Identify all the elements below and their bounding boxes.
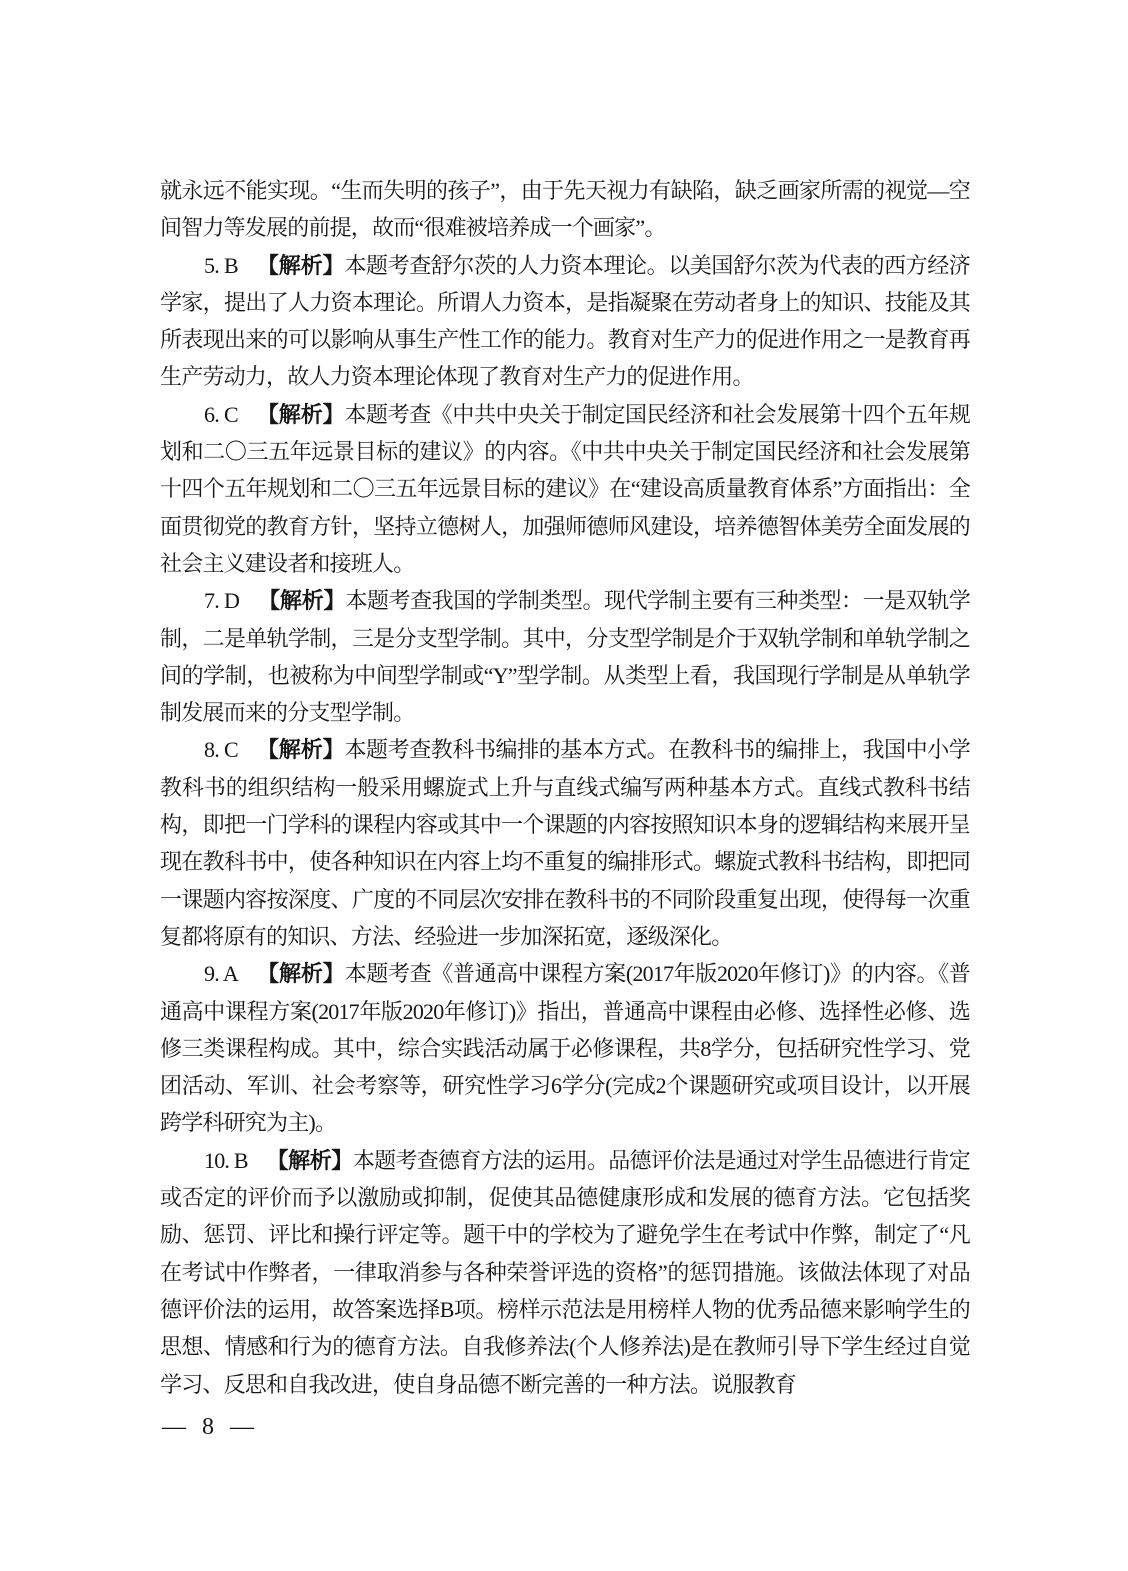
explanation-paragraph: 5. B【解析】本题考查舒尔茨的人力资本理论。以美国舒尔茨为代表的西方经济学家，… [160,247,970,396]
question-number-and-answer: 10. B [204,1148,248,1173]
explanation-paragraph: 就永远不能实现。“生而失明的孩子”，由于先天视力有缺陷，缺乏画家所需的视觉—空间… [160,172,970,247]
answer-explanations-section: 就永远不能实现。“生而失明的孩子”，由于先天视力有缺陷，缺乏画家所需的视觉—空间… [160,172,970,1403]
question-number-and-answer: 9. A [204,961,238,986]
explanation-text: 本题考查《普通高中课程方案(2017年版2020年修订)》的内容。《普通高中课程… [160,961,970,1135]
analysis-label: 【解析】 [257,961,345,986]
explanation-text: 本题考查《中共中央关于制定国民经济和社会发展第十四个五年规划和二〇三五年远景目标… [160,402,970,576]
page-number: — 8 — [162,1414,255,1440]
page-footer: — 8 — [162,1414,255,1441]
explanation-paragraph: 9. A【解析】本题考查《普通高中课程方案(2017年版2020年修订)》的内容… [160,955,970,1141]
explanation-paragraph: 6. C【解析】本题考查《中共中央关于制定国民经济和社会发展第十四个五年规划和二… [160,396,970,582]
analysis-label: 【解析】 [266,1148,352,1173]
question-number-and-answer: 8. C [204,737,238,762]
explanation-paragraph: 7. D【解析】本题考查我国的学制类型。现代学制主要有三种类型：一是双轨学制，二… [160,582,970,731]
question-number-and-answer: 7. D [204,588,239,613]
analysis-label: 【解析】 [257,737,345,762]
question-number-and-answer: 5. B [204,253,238,278]
explanation-text: 本题考查教科书编排的基本方式。在教科书的编排上，我国中小学教科书的组织结构一般采… [160,737,970,948]
analysis-label: 【解析】 [257,402,345,427]
analysis-label: 【解析】 [258,588,346,613]
explanation-paragraph: 8. C【解析】本题考查教科书编排的基本方式。在教科书的编排上，我国中小学教科书… [160,731,970,955]
explanation-text: 就永远不能实现。“生而失明的孩子”，由于先天视力有缺陷，缺乏画家所需的视觉—空间… [160,178,970,240]
document-page: 就永远不能实现。“生而失明的孩子”，由于先天视力有缺陷，缺乏画家所需的视觉—空间… [0,0,1128,1571]
explanation-text: 本题考查德育方法的运用。品德评价法是通过对学生品德进行肯定或否定的评价而予以激励… [160,1148,970,1397]
explanation-paragraph: 10. B【解析】本题考查德育方法的运用。品德评价法是通过对学生品德进行肯定或否… [160,1142,970,1403]
analysis-label: 【解析】 [257,253,345,278]
question-number-and-answer: 6. C [204,402,238,427]
